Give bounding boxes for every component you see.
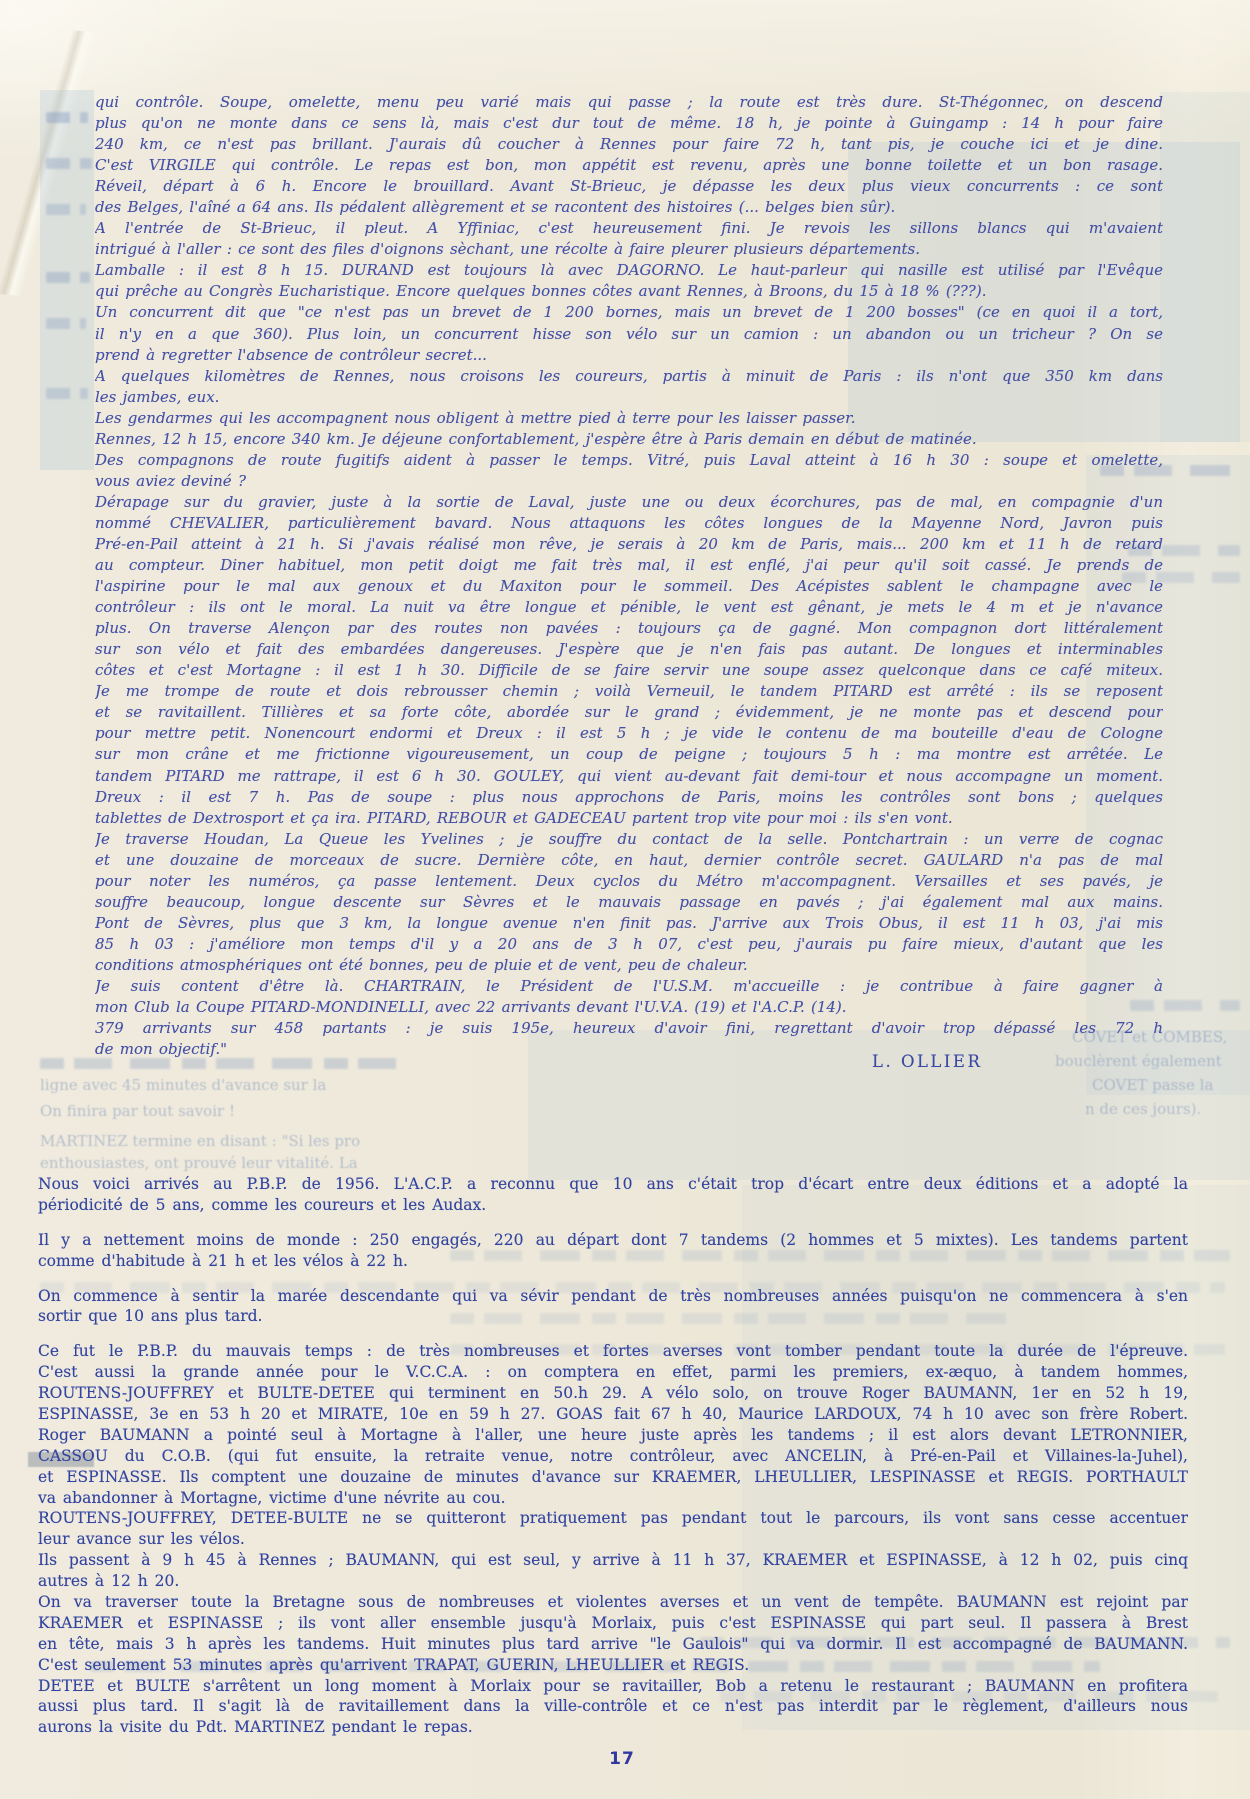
text-line: leur avance sur les vélos. — [38, 1529, 1188, 1550]
text-line: Réveil, départ à 6 h. Encore le brouilla… — [95, 176, 1163, 197]
signature-l-ollier: L. OLLIER — [872, 1051, 982, 1073]
text-line: aussi plus tard. Il s'agit là de ravitai… — [38, 1696, 1188, 1717]
text-line: conditions atmosphériques ont été bonnes… — [95, 955, 1163, 976]
text-line: Roger BAUMANN a pointé seul à Mortagne à… — [38, 1425, 1188, 1446]
page-number: 17 — [599, 1748, 645, 1770]
scan-ghost-panel — [40, 90, 94, 470]
text-line: contrôleur : ils ont le moral. La nuit v… — [95, 597, 1163, 618]
ghost-bleedthrough-text: enthousiastes, ont prouvé leur vitalité.… — [40, 1154, 358, 1172]
scan-ghost-line — [46, 158, 92, 169]
text-line: sur mon crâne et me frictionne vigoureus… — [95, 744, 1163, 765]
text-line: au compteur. Diner habituel, mon petit d… — [95, 555, 1163, 576]
text-line: souffre beaucoup, longue descente sur Sè… — [95, 892, 1163, 913]
text-line: qui prêche au Congrès Eucharistique. Enc… — [95, 281, 1163, 302]
text-line: Pré-en-Pail atteint à 21 h. Si j'avais r… — [95, 534, 1163, 555]
text-line: Nous voici arrivés au P.B.P. de 1956. L'… — [38, 1174, 1188, 1195]
text-line: sur son vélo et fait des embardées dange… — [95, 639, 1163, 660]
ghost-bleedthrough-text: ligne avec 45 minutes d'avance sur la — [40, 1076, 326, 1094]
text-line: Je me trompe de route et dois rebrousser… — [95, 681, 1163, 702]
text-line: prend à regretter l'absence de contrôleu… — [95, 345, 1163, 366]
text-line: C'est VIRGILE qui contrôle. Le repas est… — [95, 155, 1163, 176]
text-line: A quelques kilomètres de Rennes, nous cr… — [95, 366, 1163, 387]
paragraph: On commence à sentir la marée descendant… — [38, 1286, 1188, 1328]
text-line: ROUTENS-JOUFFREY, DETEE-BULTE ne se quit… — [38, 1508, 1188, 1529]
text-line: Dreux : il est 7 h. Pas de soupe : plus … — [95, 787, 1163, 808]
ghost-bleedthrough-text: n de ces jours). — [1085, 1100, 1201, 1118]
text-line: Je suis content d'être là. CHARTRAIN, le… — [95, 976, 1163, 997]
ollier-account-text: qui contrôle. Soupe, omelette, menu peu … — [95, 92, 1163, 1060]
text-line: et se ravitaillent. Tillières et sa fort… — [95, 702, 1163, 723]
text-line: qui contrôle. Soupe, omelette, menu peu … — [95, 92, 1163, 113]
scan-ghost-line — [46, 318, 86, 329]
ghost-bleedthrough-text: MARTINEZ termine en disant : "Si les pro — [40, 1132, 360, 1150]
paragraph: Nous voici arrivés au P.B.P. de 1956. L'… — [38, 1174, 1188, 1216]
text-line: KRAEMER et ESPINASSE ; ils vont aller en… — [38, 1613, 1188, 1634]
text-line: en tête, mais 3 h après les tandems. Hui… — [38, 1634, 1188, 1655]
text-line: comme d'habitude à 21 h et les vélos à 2… — [38, 1251, 1188, 1272]
text-line: DETEE et BULTE s'arrêtent un long moment… — [38, 1676, 1188, 1697]
text-line: pour noter les numéros, ça passe lenteme… — [95, 871, 1163, 892]
paragraph: Ce fut le P.B.P. du mauvais temps : de t… — [38, 1341, 1188, 1738]
text-line: mon Club la Coupe PITARD-MONDINELLI, ave… — [95, 997, 1163, 1018]
scan-ghost-line — [46, 112, 88, 123]
text-line: C'est seulement 53 minutes après qu'arri… — [38, 1655, 1188, 1676]
text-line: nommé CHEVALIER, particulièrement bavard… — [95, 513, 1163, 534]
text-line: l'aspirine pour le mal aux genoux et du … — [95, 576, 1163, 597]
text-line: et une douzaine de morceaux de sucre. De… — [95, 850, 1163, 871]
text-line: aurons la visite du Pdt. MARTINEZ pendan… — [38, 1717, 1188, 1738]
text-line: intrigué à l'aller : ce sont des files d… — [95, 239, 1163, 260]
ghost-bleedthrough-text: On finira par tout savoir ! — [40, 1102, 235, 1120]
text-line: C'est aussi la grande année pour le V.C.… — [38, 1362, 1188, 1383]
text-line: de mon objectif." — [95, 1039, 1163, 1060]
text-line: Rennes, 12 h 15, encore 340 km. Je déjeu… — [95, 429, 1163, 450]
text-line: On commence à sentir la marée descendant… — [38, 1286, 1188, 1307]
text-line: Lamballe : il est 8 h 15. DURAND est tou… — [95, 260, 1163, 281]
text-line: 240 km, ce n'est pas brillant. J'aurais … — [95, 134, 1163, 155]
text-line: Les gendarmes qui les accompagnent nous … — [95, 408, 1163, 429]
text-line: côtes et c'est Mortagne : il est 1 h 30.… — [95, 660, 1163, 681]
text-line: ROUTENS-JOUFFREY et BULTE-DETEE qui term… — [38, 1383, 1188, 1404]
text-line: Pont de Sèvres, plus que 3 km, la longue… — [95, 913, 1163, 934]
text-line: les jambes, eux. — [95, 387, 1163, 408]
text-line: CASSOU du C.O.B. (qui fut ensuite, la re… — [38, 1446, 1188, 1467]
scan-ghost-line — [46, 388, 88, 399]
text-line: ESPINASSE, 3e en 53 h 20 et MIRATE, 10e … — [38, 1404, 1188, 1425]
paragraph: Il y a nettement moins de monde : 250 en… — [38, 1230, 1188, 1272]
text-line: Je traverse Houdan, La Queue les Yveline… — [95, 829, 1163, 850]
text-line: pour mettre petit. Nonencourt endormi et… — [95, 723, 1163, 744]
ghost-bleedthrough-text: COVET passe la — [1092, 1076, 1213, 1094]
scan-ghost-panel — [1160, 92, 1250, 442]
text-line: Ils passent à 9 h 45 à Rennes ; BAUMANN,… — [38, 1550, 1188, 1571]
text-line: et ESPINASSE. Ils comptent une douzaine … — [38, 1467, 1188, 1488]
text-line: il n'y en a que 360). Plus loin, un conc… — [95, 324, 1163, 345]
text-line: 379 arrivants sur 458 partants : je suis… — [95, 1018, 1163, 1039]
pbp-1956-text: Nous voici arrivés au P.B.P. de 1956. L'… — [38, 1174, 1188, 1752]
text-line: Dérapage sur du gravier, juste à la sort… — [95, 492, 1163, 513]
text-line: Ce fut le P.B.P. du mauvais temps : de t… — [38, 1341, 1188, 1362]
text-line: des Belges, l'aîné a 64 ans. Ils pédalen… — [95, 197, 1163, 218]
text-line: Des compagnons de route fugitifs aident … — [95, 450, 1163, 471]
scan-ghost-line — [46, 272, 90, 283]
text-line: tablettes de Dextrosport et ça ira. PITA… — [95, 808, 1163, 829]
text-line: On va traverser toute la Bretagne sous d… — [38, 1592, 1188, 1613]
text-line: sortir que 10 ans plus tard. — [38, 1306, 1188, 1327]
text-line: A l'entrée de St-Brieuc, il pleut. A Yff… — [95, 218, 1163, 239]
text-line: tandem PITARD me rattrape, il est 6 h 30… — [95, 766, 1163, 787]
text-line: plus. On traverse Alençon par des routes… — [95, 618, 1163, 639]
text-line: périodicité de 5 ans, comme les coureurs… — [38, 1195, 1188, 1216]
text-line: vous aviez deviné ? — [95, 471, 1163, 492]
text-line: Un concurrent dit que "ce n'est pas un b… — [95, 302, 1163, 323]
text-line: autres à 12 h 20. — [38, 1571, 1188, 1592]
text-line: Il y a nettement moins de monde : 250 en… — [38, 1230, 1188, 1251]
text-line: 85 h 03 : j'améliore mon temps d'il y a … — [95, 934, 1163, 955]
scanned-page: COVET et COMBES,bouclèrent égalementCOVE… — [0, 0, 1250, 1799]
scan-ghost-line — [46, 204, 86, 215]
text-line: plus qu'on ne monte dans ce sens là, mai… — [95, 113, 1163, 134]
text-line: va abandonner à Mortagne, victime d'une … — [38, 1488, 1188, 1509]
